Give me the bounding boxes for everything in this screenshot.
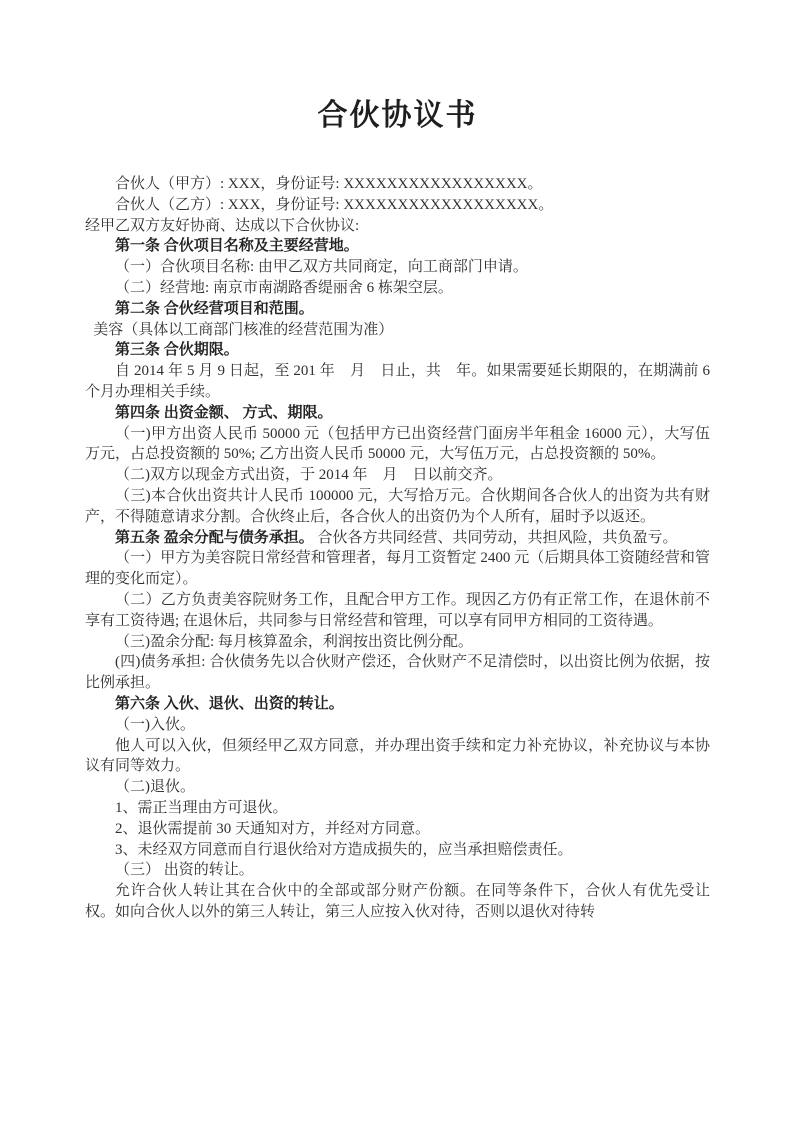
- clause-heading: 第四条 出资金额、 方式、期限。: [85, 403, 710, 424]
- paragraph: 他人可以入伙，但须经甲乙双方同意，并办理出资手续和定力补充协议，补充协议与本协议…: [85, 736, 710, 778]
- paragraph: （三)本合伙出资共计人民币 100000 元，大写拾万元。合伙期间各合伙人的出资…: [85, 486, 710, 528]
- document-page: 合伙协议书 合伙人（甲方）: XXX，身份证号: XXXXXXXXXXXXXXX…: [0, 0, 794, 1123]
- clause-heading: 第五条 盈余分配与债务承担。 合伙各方共同经营、共同劳动，共担风险，共负盈亏。: [85, 528, 710, 549]
- paragraph: （二)退伙。: [85, 777, 710, 798]
- clause-heading: 第二条 合伙经营项目和范围。: [85, 299, 710, 320]
- paragraph: （一)甲方出资人民币 50000 元（包括甲方已出资经营门面房半年租金 1600…: [85, 424, 710, 466]
- paragraph: （三)盈余分配: 每月核算盈余，利润按出资比例分配。: [85, 632, 710, 653]
- paragraph: 2、退伙需提前 30 天通知对方，并经对方同意。: [85, 819, 710, 840]
- paragraph: 自 2014 年 5 月 9 日起，至 201 年 月 日止，共 年。如果需要延…: [85, 361, 710, 403]
- paragraph: （二）经营地: 南京市南湖路香缇丽舍 6 栋架空层。: [85, 278, 710, 299]
- paragraph: 1、需正当理由方可退伙。: [85, 798, 710, 819]
- paragraph: （二）乙方负责美容院财务工作，且配合甲方工作。现因乙方仍有正常工作，在退休前不享…: [85, 590, 710, 632]
- paragraph: 合伙人（甲方）: XXX，身份证号: XXXXXXXXXXXXXXXXX。: [85, 174, 710, 195]
- paragraph: （二)双方以现金方式出资，于 2014 年 月 日以前交齐。: [85, 465, 710, 486]
- document-body: 合伙人（甲方）: XXX，身份证号: XXXXXXXXXXXXXXXXX。合伙人…: [85, 174, 710, 923]
- paragraph: （三） 出资的转让。: [85, 860, 710, 881]
- document-title: 合伙协议书: [85, 96, 710, 136]
- paragraph: 经甲乙双方友好协商、达成以下合伙协议:: [85, 216, 710, 237]
- paragraph: （一）合伙项目名称: 由甲乙双方共同商定，向工商部门申请。: [85, 257, 710, 278]
- paragraph: 合伙人（乙方）: XXX，身份证号: XXXXXXXXXXXXXXXXXX。: [85, 195, 710, 216]
- paragraph: 3、未经双方同意而自行退伙给对方造成损失的，应当承担赔偿责任。: [85, 840, 710, 861]
- clause-heading: 第六条 入伙、退伙、出资的转让。: [85, 694, 710, 715]
- paragraph: （一)入伙。: [85, 715, 710, 736]
- clause-heading: 第三条 合伙期限。: [85, 340, 710, 361]
- clause-heading-inline: 第五条 盈余分配与债务承担。: [115, 530, 314, 546]
- paragraph: (四)债务承担: 合伙债务先以合伙财产偿还，合伙财产不足清偿时，以出资比例为依据…: [85, 652, 710, 694]
- paragraph: 允许合伙人转让其在合伙中的全部或部分财产份额。在同等条件下，合伙人有优先受让权。…: [85, 881, 710, 923]
- clause-heading: 第一条 合伙项目名称及主要经营地。: [85, 236, 710, 257]
- paragraph: （一）甲方为美容院日常经营和管理者，每月工资暂定 2400 元（后期具体工资随经…: [85, 548, 710, 590]
- paragraph: 美容（具体以工商部门核准的经营范围为准）: [85, 320, 710, 341]
